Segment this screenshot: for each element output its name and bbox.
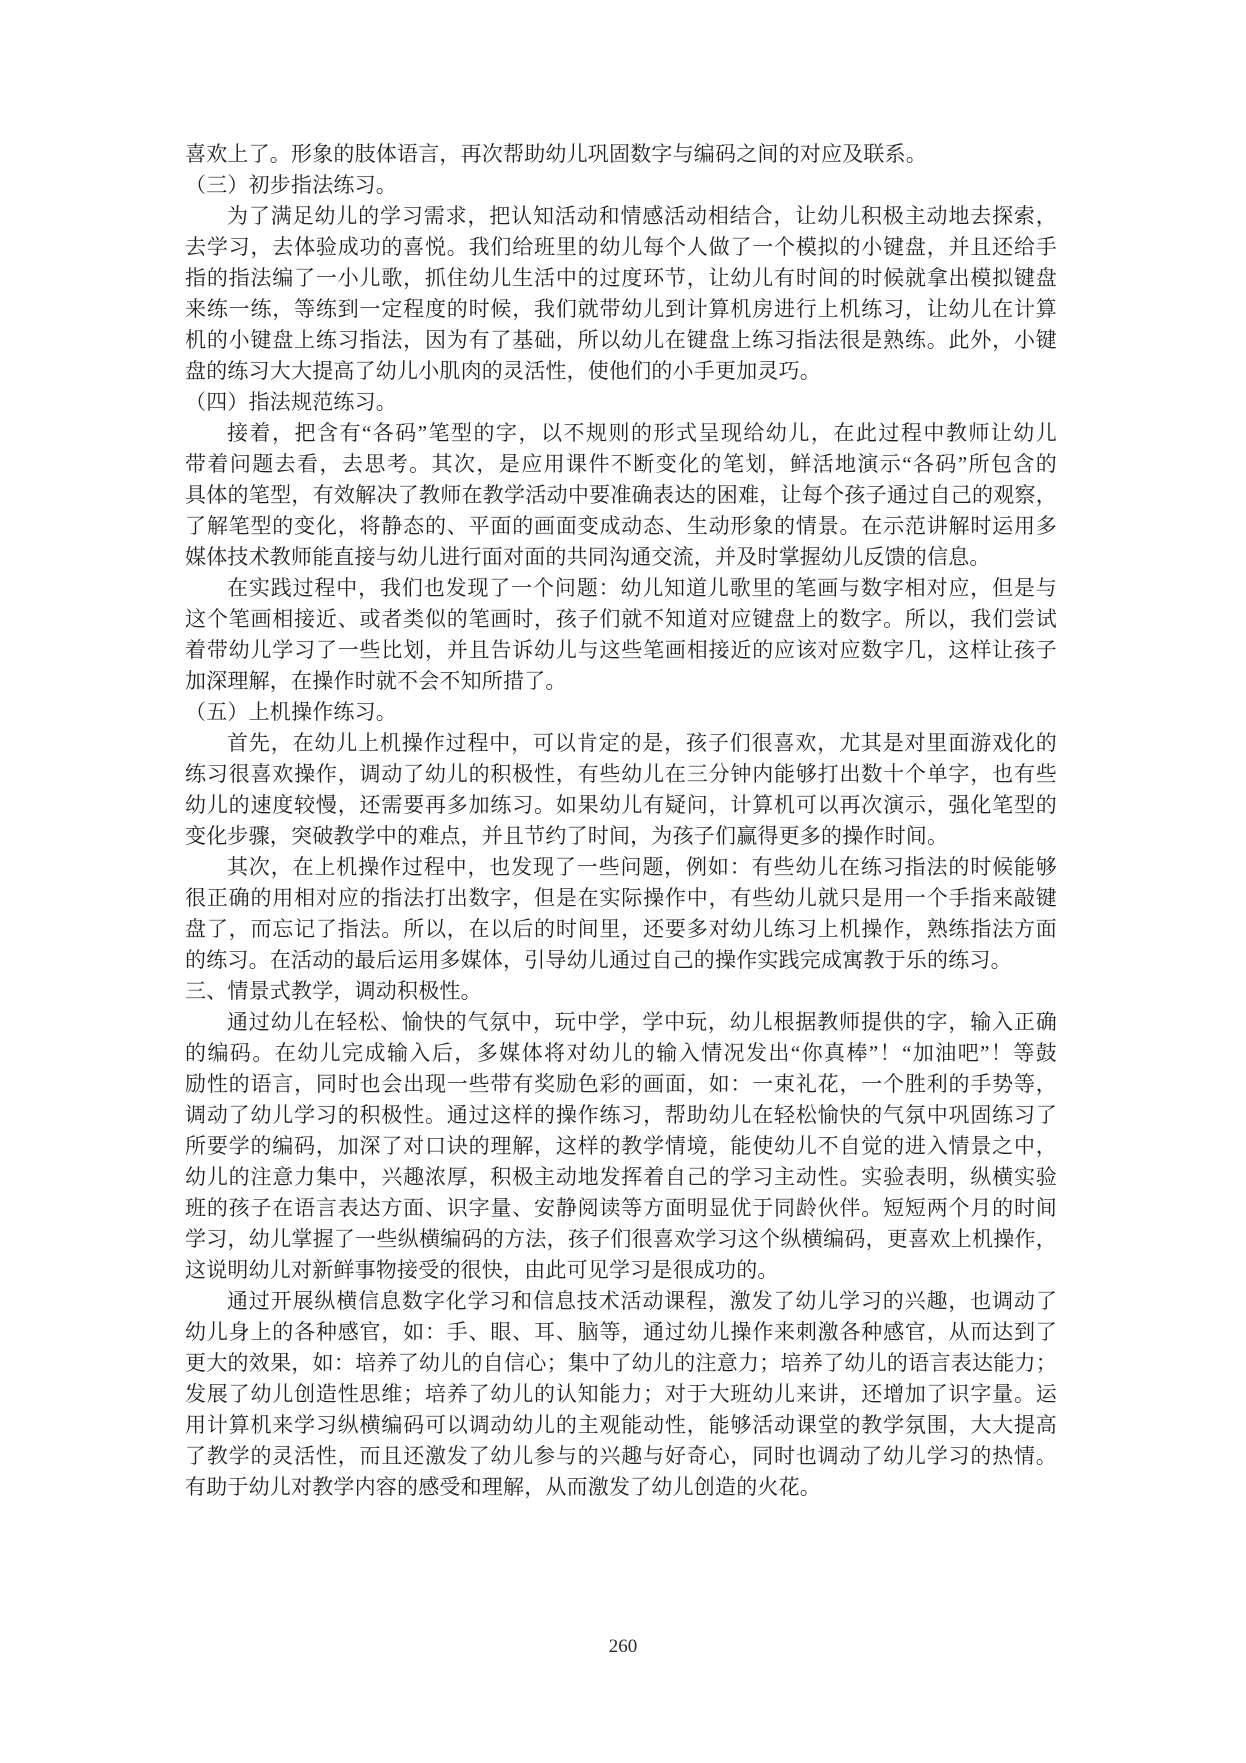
text-line: 很正确的用相对应的指法打出数字，但是在实际操作中，有些幼儿就只是用一个手指来敲键 (185, 883, 1057, 914)
text-line: 媒体技术教师能直接与幼儿进行面对面的共同沟通交流，并及时掌握幼儿反馈的信息。 (185, 542, 1057, 573)
text-line: 首先，在幼儿上机操作过程中，可以肯定的是，孩子们很喜欢，尤其是对里面游戏化的 (185, 728, 1057, 759)
text-line: 着带幼儿学习了一些比划，并且告诉幼儿与这些笔画相接近的应该对应数字几，这样让孩子 (185, 635, 1057, 666)
text-line: 去学习，去体验成功的喜悦。我们给班里的幼儿每个人做了一个模拟的小键盘，并且还给手 (185, 232, 1057, 263)
text-line: 班的孩子在语言表达方面、识字量、安静阅读等方面明显优于同龄伙伴。短短两个月的时间 (185, 1193, 1057, 1224)
text-line: 盘的练习大大提高了幼儿小肌肉的灵活性，使他们的小手更加灵巧。 (185, 356, 1057, 387)
text-line: 机的小键盘上练习指法，因为有了基础，所以幼儿在键盘上练习指法很是熟练。此外，小键 (185, 325, 1057, 356)
text-line: 接着，把含有“各码”笔型的字，以不规则的形式呈现给幼儿，在此过程中教师让幼儿 (185, 418, 1057, 449)
text-line: 练习很喜欢操作，调动了幼儿的积极性，有些幼儿在三分钟内能够打出数十个单字，也有些 (185, 759, 1057, 790)
text-line: 了教学的灵活性，而且还激发了幼儿参与的兴趣与好奇心，同时也调动了幼儿学习的热情。 (185, 1441, 1057, 1472)
text-line: 指的指法编了一小儿歌，抓住幼儿生活中的过度环节，让幼儿有时间的时候就拿出模拟键盘 (185, 263, 1057, 294)
text-line: 幼儿的速度较慢，还需要再多加练习。如果幼儿有疑问，计算机可以再次演示，强化笔型的 (185, 790, 1057, 821)
text-line: 盘了，而忘记了指法。所以，在以后的时间里，还要多对幼儿练习上机操作，熟练指法方面 (185, 914, 1057, 945)
text-line: 带着问题去看，去思考。其次，是应用课件不断变化的笔划，鲜活地演示“各码”所包含的 (185, 449, 1057, 480)
text-line: 这个笔画相接近、或者类似的笔画时，孩子们就不知道对应键盘上的数字。所以，我们尝试 (185, 604, 1057, 635)
text-line: 更大的效果，如：培养了幼儿的自信心；集中了幼儿的注意力；培养了幼儿的语言表达能力… (185, 1348, 1057, 1379)
text-line: 学习，幼儿掌握了一些纵横编码的方法，孩子们很喜欢学习这个纵横编码，更喜欢上机操作… (185, 1224, 1057, 1255)
section-heading: （四）指法规范练习。 (185, 387, 1057, 418)
text-line: 来练一练，等练到一定程度的时候，我们就带幼儿到计算机房进行上机练习，让幼儿在计算 (185, 294, 1057, 325)
text-line: 的练习。在活动的最后运用多媒体，引导幼儿通过自己的操作实践完成寓教于乐的练习。 (185, 945, 1057, 976)
text-line: 为了满足幼儿的学习需求，把认知活动和情感活动相结合，让幼儿积极主动地去探索， (185, 201, 1057, 232)
text-line: 加深理解，在操作时就不会不知所措了。 (185, 666, 1057, 697)
text-line: 励性的语言，同时也会出现一些带有奖励色彩的画面，如：一束礼花，一个胜利的手势等， (185, 1069, 1057, 1100)
section-heading: （五）上机操作练习。 (185, 697, 1057, 728)
text-line: 幼儿的注意力集中，兴趣浓厚，积极主动地发挥着自己的学习主动性。实验表明，纵横实验 (185, 1162, 1057, 1193)
text-line: 的编码。在幼儿完成输入后，多媒体将对幼儿的输入情况发出“你真棒”！“加油吧”！等… (185, 1038, 1057, 1069)
page-number: 260 (0, 1635, 1246, 1659)
text-line: 通过幼儿在轻松、愉快的气氛中，玩中学，学中玩，幼儿根据教师提供的字，输入正确 (185, 1007, 1057, 1038)
text-line: 发展了幼儿创造性思维；培养了幼儿的认知能力；对于大班幼儿来讲，还增加了识字量。运 (185, 1379, 1057, 1410)
section-heading: 三、情景式教学，调动积极性。 (185, 976, 1057, 1007)
text-line: 其次，在上机操作过程中，也发现了一些问题，例如：有些幼儿在练习指法的时候能够 (185, 852, 1057, 883)
text-line: 所要学的编码，加深了对口诀的理解，这样的教学情境，能使幼儿不自觉的进入情景之中， (185, 1131, 1057, 1162)
document-page: 喜欢上了。形象的肢体语言，再次帮助幼儿巩固数字与编码之间的对应及联系。（三）初步… (0, 0, 1246, 1763)
text-line: 了解笔型的变化，将静态的、平面的画面变成动态、生动形象的情景。在示范讲解时运用多 (185, 511, 1057, 542)
text-line: 调动了幼儿学习的积极性。通过这样的操作练习，帮助幼儿在轻松愉快的气氛中巩固练习了 (185, 1100, 1057, 1131)
text-line: 幼儿身上的各种感官，如：手、眼、耳、脑等，通过幼儿操作来刺激各种感官，从而达到了 (185, 1317, 1057, 1348)
section-heading: （三）初步指法练习。 (185, 170, 1057, 201)
text-line: 通过开展纵横信息数字化学习和信息技术活动课程，激发了幼儿学习的兴趣，也调动了 (185, 1286, 1057, 1317)
text-line: 喜欢上了。形象的肢体语言，再次帮助幼儿巩固数字与编码之间的对应及联系。 (185, 139, 1057, 170)
text-line: 这说明幼儿对新鲜事物接受的很快，由此可见学习是很成功的。 (185, 1255, 1057, 1286)
document-body: 喜欢上了。形象的肢体语言，再次帮助幼儿巩固数字与编码之间的对应及联系。（三）初步… (185, 139, 1057, 1503)
text-line: 在实践过程中，我们也发现了一个问题：幼儿知道儿歌里的笔画与数字相对应，但是与 (185, 573, 1057, 604)
text-line: 有助于幼儿对教学内容的感受和理解，从而激发了幼儿创造的火花。 (185, 1472, 1057, 1503)
text-line: 变化步骤，突破教学中的难点，并且节约了时间，为孩子们赢得更多的操作时间。 (185, 821, 1057, 852)
text-line: 用计算机来学习纵横编码可以调动幼儿的主观能动性，能够活动课堂的教学氛围，大大提高 (185, 1410, 1057, 1441)
text-line: 具体的笔型，有效解决了教师在教学活动中要准确表达的困难，让每个孩子通过自己的观察… (185, 480, 1057, 511)
